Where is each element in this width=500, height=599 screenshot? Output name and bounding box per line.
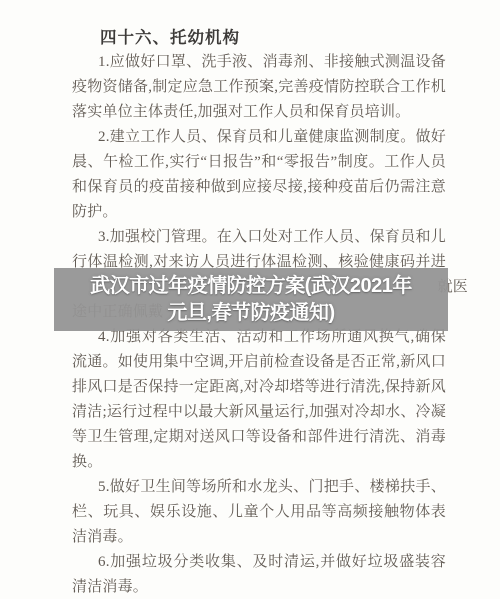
- doc-line: 等卫生管理,定期对送风口等设备和部件进行清洗、消毒或更: [72, 425, 446, 450]
- doc-line: 洁消毒。: [72, 525, 446, 550]
- doc-line: 1.应做好口罩、洗手液、消毒剂、非接触式测温设备等防: [72, 50, 446, 75]
- doc-line: 2.建立工作人员、保育员和儿童健康监测制度。做好儿童: [72, 125, 446, 150]
- doc-line: 流通。如使用集中空调,开启前检查设备是否正常,新风口和: [72, 350, 446, 375]
- paragraph: 2.建立工作人员、保育员和儿童健康监测制度。做好儿童 晨、午检工作,实行“日报告…: [72, 125, 446, 225]
- doc-line: 疫物资储备,制定应急工作预案,完善疫情防控联合工作机制,: [72, 75, 446, 100]
- doc-line: 6.加强垃圾分类收集、及时清运,并做好垃圾盛装容器的: [72, 550, 446, 575]
- doc-line: 5.做好卫生间等场所和水龙头、门把手、楼梯扶手、床围: [72, 475, 446, 500]
- caption-line-1: 武汉市过年疫情防控方案(武汉2021年: [90, 273, 412, 300]
- doc-line: 栏、玩具、娱乐设施、儿童个人用品等高频接触物体表面的清: [72, 500, 446, 525]
- paragraph: 1.应做好口罩、洗手液、消毒剂、非接触式测温设备等防 疫物资储备,制定应急工作预…: [72, 50, 446, 125]
- paragraph: 5.做好卫生间等场所和水龙头、门把手、楼梯扶手、床围 栏、玩具、娱乐设施、儿童个…: [72, 475, 446, 550]
- doc-line: 3.加强校门管理。在入口处对工作人员、保育员和儿童进: [72, 225, 446, 250]
- paragraph: 6.加强垃圾分类收集、及时清运,并做好垃圾盛装容器的 清洁消毒。: [72, 550, 446, 599]
- doc-line: 晨、午检工作,实行“日报告”和“零报告”制度。工作人员: [72, 150, 446, 175]
- doc-line: 清洁;运行过程中以最大新风量运行,加强对冷却水、冷凝水: [72, 400, 446, 425]
- paragraph: 4.加强对各类生活、活动和工作场所通风换气,确保空气 流通。如使用集中空调,开启…: [72, 325, 446, 475]
- caption-banner: 武汉市过年疫情防控方案(武汉2021年 元旦,春节防疫通知): [54, 268, 448, 331]
- doc-line: 换。: [72, 450, 446, 475]
- doc-line: 防护。: [72, 200, 446, 225]
- caption-line-2: 元旦,春节防疫通知): [167, 300, 334, 327]
- doc-line: 和保育员的疫苗接种做到应接尽接,接种疫苗后仍需注意个人: [72, 175, 446, 200]
- doc-line: 清洁消毒。: [72, 575, 446, 599]
- doc-line: 落实单位主体责任,加强对工作人员和保育员培训。: [72, 100, 446, 125]
- doc-line: 排风口是否保持一定距离,对冷却塔等进行清洗,保持新风口: [72, 375, 446, 400]
- document-page: 四十六、托幼机构 1.应做好口罩、洗手液、消毒剂、非接触式测温设备等防 疫物资储…: [0, 0, 500, 599]
- section-heading: 四十六、托幼机构: [100, 24, 240, 48]
